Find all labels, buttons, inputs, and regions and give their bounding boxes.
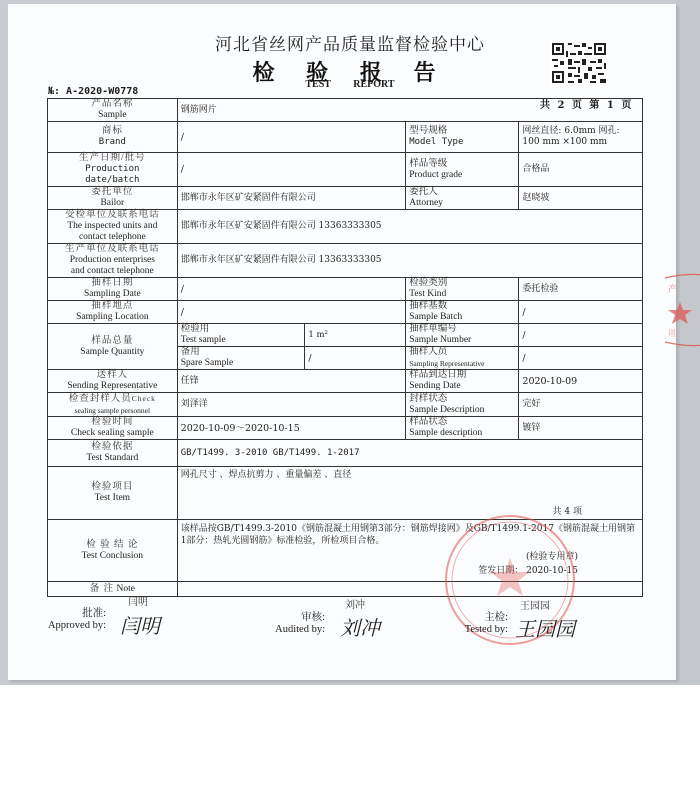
spare-sample-value: / — [305, 347, 406, 370]
row-sampling-location: 抽样地点Sampling Location / 抽样基数Sample Batch… — [48, 301, 643, 324]
inspection-stamp-note: (检验专用章) — [526, 552, 578, 563]
sample-state-value: 镀锌 — [519, 417, 643, 440]
sending-date-value: 2020-10-09 — [519, 370, 643, 393]
row-test-time: 检验时间Check sealing sample 2020-10-09～2020… — [48, 417, 643, 440]
spare-sample-label: 备用Spare Sample — [177, 347, 305, 370]
sampling-location-value: / — [177, 301, 406, 324]
product-grade-value: 合格品 — [519, 153, 643, 187]
row-note: 备 注 Note — [48, 582, 643, 597]
attorney-label: 委托人Attorney — [406, 187, 519, 210]
production-date-label: 生产日期/批号Productiondate/batch — [48, 153, 178, 187]
product-grade-label: 样品等级Product grade — [406, 153, 519, 187]
sending-date-label: 样品到达日期Sending Date — [406, 370, 519, 393]
approved-printed-name: 闫明 — [128, 597, 148, 609]
sampling-location-label: 抽样地点Sampling Location — [48, 301, 178, 324]
official-stamp-icon: 产 用 — [650, 270, 700, 350]
row-bailor: 委托单位Bailor 邯郸市永年区矿安紧固件有限公司 委托人Attorney 赵… — [48, 187, 643, 210]
brand-value: / — [177, 122, 406, 153]
test-kind-value: 委托检验 — [519, 278, 643, 301]
report-table: 产品名称Sample 钢筋网片 商标Brand / 型号规格Model Type… — [47, 98, 643, 597]
inspected-units-value: 邯郸市永年区矿安紧固件有限公司 13363333305 — [177, 210, 642, 244]
row-brand: 商标Brand / 型号规格Model Type 网丝直径: 6.0mm 网孔:… — [48, 122, 643, 153]
approved-by-label: 批准: Approved by: — [40, 608, 106, 632]
test-time-label: 检验时间Check sealing sample — [48, 417, 178, 440]
tested-printed-name: 王园园 — [520, 601, 550, 613]
model-value: 网丝直径: 6.0mm 网孔: 100 mm ×100 mm — [519, 122, 643, 153]
note-value — [177, 582, 642, 597]
row-inspected-units: 受检单位及联系电话The inspected units andcontact … — [48, 210, 643, 244]
sampling-rep-value: / — [519, 347, 643, 370]
row-sample: 产品名称Sample 钢筋网片 — [48, 99, 643, 122]
test-conclusion-label: 检 验 结 论Test Conclusion — [48, 520, 178, 582]
test-item-value: 网孔尺寸 、焊点抗剪力 、重量偏差 、直径 共 4 项 — [177, 467, 642, 520]
sample-label: 产品名称Sample — [48, 99, 178, 122]
test-sample-value: 1 m² — [305, 324, 406, 347]
svg-text:产: 产 — [668, 283, 677, 295]
row-sample-quantity: 样品总量Sample Quantity 检验用Test sample 1 m² … — [48, 324, 643, 347]
sample-value: 钢筋网片 — [177, 99, 642, 122]
report-number: №: A-2020-W0778 — [48, 86, 138, 97]
tested-signature: 王园园 — [515, 613, 575, 642]
test-kind-label: 检验类别Test Kind — [406, 278, 519, 301]
audited-signature: 刘冲 — [340, 612, 380, 641]
attorney-value: 赵晓坡 — [519, 187, 643, 210]
test-standard-label: 检验依据Test Standard — [48, 440, 178, 467]
audited-by-label: 审核: Audited by: — [255, 612, 325, 636]
row-sampling-date: 抽样日期Sampling Date / 检验类别Test Kind 委托检验 — [48, 278, 643, 301]
approved-signature: 闫明 — [120, 610, 160, 639]
row-production-enterprises: 生产单位及联系电话Production enterprisesand conta… — [48, 244, 643, 278]
production-enterprises-label: 生产单位及联系电话Production enterprisesand conta… — [48, 244, 178, 278]
brand-label: 商标Brand — [48, 122, 178, 153]
test-item-count: 共 4 项 — [553, 507, 582, 518]
tested-by-label: 主检: Tested by: — [440, 612, 508, 636]
sample-batch-label: 抽样基数Sample Batch — [406, 301, 519, 324]
sending-rep-label: 送样人Sending Representative — [48, 370, 178, 393]
row-sending-rep: 送样人Sending Representative 任锋 样品到达日期Sendi… — [48, 370, 643, 393]
production-date-value: / — [177, 153, 406, 187]
sample-batch-value: / — [519, 301, 643, 324]
check-sealing-personnel-value: 刘泽洋 — [177, 393, 406, 417]
row-production-date: 生产日期/批号Productiondate/batch / 样品等级Produc… — [48, 153, 643, 187]
seal-description-label: 封样状态Sample Description — [406, 393, 519, 417]
bailor-value: 邯郸市永年区矿安紧固件有限公司 — [177, 187, 406, 210]
check-sealing-personnel-label: 检查封样人员Checksealing sample personnel — [48, 393, 178, 417]
row-test-standard: 检验依据Test Standard GB/T1499. 3-2010 GB/T1… — [48, 440, 643, 467]
test-time-value: 2020-10-09～2020-10-15 — [177, 417, 406, 440]
inspected-units-label: 受检单位及联系电话The inspected units andcontact … — [48, 210, 178, 244]
note-label: 备 注 Note — [48, 582, 178, 597]
sampling-date-value: / — [177, 278, 406, 301]
test-standard-value: GB/T1499. 3-2010 GB/T1499. 1-2017 — [177, 440, 642, 467]
test-sample-label: 检验用Test sample — [177, 324, 305, 347]
sample-state-label: 样品状态Sample description — [406, 417, 519, 440]
sending-rep-value: 任锋 — [177, 370, 406, 393]
audited-printed-name: 刘冲 — [345, 600, 365, 612]
production-enterprises-value: 邯郸市永年区矿安紧固件有限公司 13363333305 — [177, 244, 642, 278]
row-check-sealing-personnel: 检查封样人员Checksealing sample personnel 刘泽洋 … — [48, 393, 643, 417]
qr-code-icon — [550, 41, 608, 85]
seal-description-value: 完好 — [519, 393, 643, 417]
test-item-label: 检验项目Test Item — [48, 467, 178, 520]
row-test-item: 检验项目Test Item 网孔尺寸 、焊点抗剪力 、重量偏差 、直径 共 4 … — [48, 467, 643, 520]
sample-quantity-label: 样品总量Sample Quantity — [48, 324, 178, 370]
issue-date: 签发日期： 2020-10-15 — [478, 566, 578, 577]
sample-number-value: / — [519, 324, 643, 347]
bailor-label: 委托单位Bailor — [48, 187, 178, 210]
sampling-rep-label: 抽样人员Sampling Representative — [406, 347, 519, 370]
sample-number-label: 抽样单编号Sample Number — [406, 324, 519, 347]
sampling-date-label: 抽样日期Sampling Date — [48, 278, 178, 301]
test-conclusion-value: 该样品按GB/T1499.3-2010《钢筋混凝土用钢第3部分：钢筋焊接网》及G… — [177, 520, 642, 582]
row-test-conclusion: 检 验 结 论Test Conclusion 该样品按GB/T1499.3-20… — [48, 520, 643, 582]
svg-text:用: 用 — [668, 329, 676, 338]
model-label: 型号规格Model Type — [406, 122, 519, 153]
